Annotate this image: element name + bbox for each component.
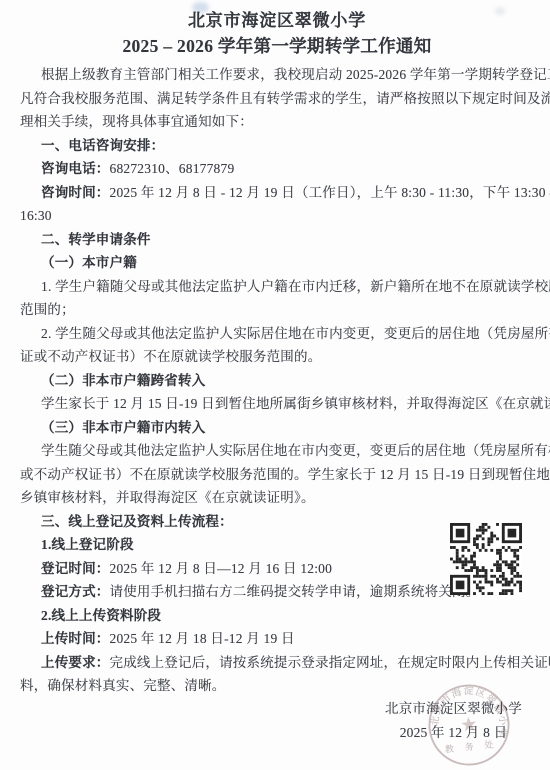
doc-line: 上传时间：2025 年 12 月 18 日-12 月 19 日 [20,627,534,651]
doc-line: 凡符合我校服务范围、满足转学条件且有转学需求的学生，请严格按照以下规定时间及流程… [20,87,534,111]
doc-line: 2.线上上传资料阶段 [20,604,534,628]
doc-line: 根据上级教育主管部门相关工作要求，我校现启动 2025-2026 学年第一学期转… [20,63,534,87]
doc-line: 范围的； [20,298,534,322]
signature-date: 2025 年 12 月 8 日 [385,721,522,745]
scanned-notice-page: 北京市海淀区翠微小学 2025 – 2026 学年第一学期转学工作通知 根据上级… [0,0,550,770]
doc-line: 16:30 [20,204,534,228]
signature-school: 北京市海淀区翠微小学 [385,697,522,721]
doc-line: （三）非本市户籍市内转入 [20,416,534,440]
doc-line: 理相关手续，现将具体事宜通知如下： [20,110,534,134]
doc-line: （二）非本市户籍跨省转入 [20,369,534,393]
doc-line: 学生家长于 12 月 15 日-19 日到暂住地所属街乡镇审核材料，并取得海淀区… [20,392,534,416]
doc-body: 根据上级教育主管部门相关工作要求，我校现启动 2025-2026 学年第一学期转… [20,63,534,698]
doc-line: 或不动产权证书）不在原就读学校服务范围的。学生家长于 12 月 15 日-19 … [20,463,534,487]
doc-line: 2. 学生随父母或其他法定监护人实际居住地在市内变更，变更后的居住地（凭房屋所有… [20,322,534,346]
doc-line: 料，确保材料真实、完整、清晰。 [20,674,534,698]
doc-line: 咨询时间：2025 年 12 月 8 日 - 12 月 19 日（工作日），上午… [20,181,534,205]
doc-line: 1. 学生户籍随父母或其他法定监护人户籍在市内迁移，新户籍所在地不在原就读学校服… [20,275,534,299]
doc-line: 一、电话咨询安排： [20,134,534,158]
doc-subtitle: 2025 – 2026 学年第一学期转学工作通知 [20,34,534,59]
qr-code [450,523,522,595]
doc-line: 二、转学申请条件 [20,228,534,252]
doc-line: 乡镇审核材料，并取得海淀区《在京就读证明》。 [20,486,534,510]
doc-title: 北京市海淀区翠微小学 [20,10,534,31]
doc-line: 咨询电话：68272310、68177879 [20,157,534,181]
doc-line: 证或不动产权证书）不在原就读学校服务范围的。 [20,345,534,369]
doc-line: 学生随父母或其他法定监护人实际居住地在市内变更，变更后的居住地（凭房屋所有权证 [20,439,534,463]
doc-line: （一）本市户籍 [20,251,534,275]
signature-block: 北京市海淀区翠微小学 2025 年 12 月 8 日 [385,697,522,744]
doc-line: 上传要求：完成线上登记后，请按系统提示登录指定网址，在规定时限内上传相关证明材 [20,651,534,675]
